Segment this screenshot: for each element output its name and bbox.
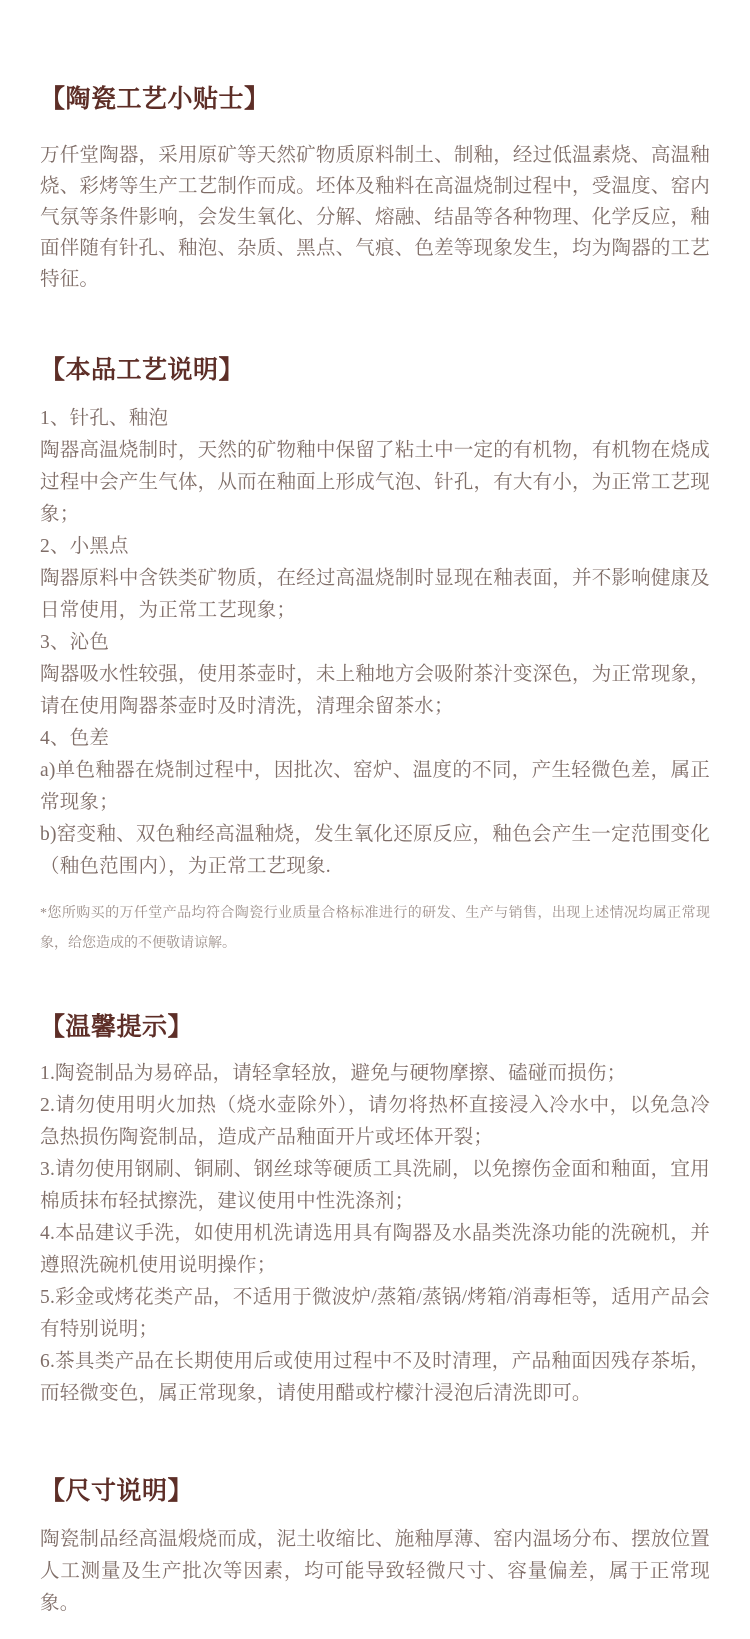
process-item-4-title: 4、色差 (40, 723, 710, 755)
warm-tip-2: 2.请勿使用明火加热（烧水壶除外），请勿将热杯直接浸入冷水中，以免急冷急热损伤陶… (40, 1090, 710, 1154)
process-item-3-title: 3、沁色 (40, 627, 710, 659)
section-heading-craft-tips: 【陶瓷工艺小贴士】 (40, 86, 710, 114)
section-ceramic-craft-tips: 【陶瓷工艺小贴士】 万仟堂陶器，采用原矿等天然矿物质原料制土、制釉，经过低温素烧… (40, 86, 710, 295)
process-item-2-body: 陶器原料中含铁类矿物质，在经过高温烧制时显现在釉表面，并不影响健康及日常使用，为… (40, 563, 710, 627)
size-description-paragraph: 陶瓷制品经高温煅烧而成，泥土收缩比、施釉厚薄、窑内温场分布、摆放位置人工测量及生… (40, 1524, 710, 1620)
section-warm-tips: 【温馨提示】 1.陶瓷制品为易碎品，请轻拿轻放，避免与硬物摩擦、磕碰而损伤； 2… (40, 1014, 710, 1410)
process-item-3-body: 陶器吸水性较强，使用茶壶时，未上釉地方会吸附茶汁变深色，为正常现象，请在使用陶器… (40, 659, 710, 723)
warm-tip-4: 4.本品建议手洗，如使用机洗请选用具有陶器及水晶类洗涤功能的洗碗机，并遵照洗碗机… (40, 1218, 710, 1282)
process-item-1-body: 陶器高温烧制时，天然的矿物釉中保留了粘土中一定的有机物，有机物在烧成过程中会产生… (40, 435, 710, 531)
process-item-4-body-a: a)单色釉器在烧制过程中，因批次、窑炉、温度的不同，产生轻微色差，属正常现象； (40, 755, 710, 819)
warm-tip-3: 3.请勿使用钢刷、铜刷、钢丝球等硬质工具洗刷，以免擦伤金面和釉面，宜用棉质抹布轻… (40, 1154, 710, 1218)
process-item-4-body-b: b)窑变釉、双色釉经高温釉烧，发生氧化还原反应，釉色会产生一定范围变化（釉色范围… (40, 819, 710, 883)
product-description-page: 【陶瓷工艺小贴士】 万仟堂陶器，采用原矿等天然矿物质原料制土、制釉，经过低温素烧… (0, 0, 750, 1639)
section-heading-warm-tips: 【温馨提示】 (40, 1014, 710, 1042)
quality-disclaimer-note: *您所购买的万仟堂产品均符合陶瓷行业质量合格标准进行的研发、生产与销售，出现上述… (40, 899, 710, 959)
craft-tips-paragraph: 万仟堂陶器，采用原矿等天然矿物质原料制土、制釉，经过低温素烧、高温釉烧、彩烤等生… (40, 140, 710, 295)
warm-tip-5: 5.彩金或烤花类产品，不适用于微波炉/蒸箱/蒸锅/烤箱/消毒柜等，适用产品会有特… (40, 1282, 710, 1346)
warm-tip-6: 6.茶具类产品在长期使用后或使用过程中不及时清理，产品釉面因残存茶垢，而轻微变色… (40, 1346, 710, 1410)
process-item-1-title: 1、针孔、釉泡 (40, 403, 710, 435)
section-size-description: 【尺寸说明】 陶瓷制品经高温煅烧而成，泥土收缩比、施釉厚薄、窑内温场分布、摆放位… (40, 1478, 710, 1620)
section-heading-size: 【尺寸说明】 (40, 1478, 710, 1506)
section-process-description: 【本品工艺说明】 1、针孔、釉泡 陶器高温烧制时，天然的矿物釉中保留了粘土中一定… (40, 357, 710, 959)
process-item-2-title: 2、小黑点 (40, 531, 710, 563)
section-heading-process: 【本品工艺说明】 (40, 357, 710, 385)
warm-tip-1: 1.陶瓷制品为易碎品，请轻拿轻放，避免与硬物摩擦、磕碰而损伤； (40, 1058, 710, 1090)
